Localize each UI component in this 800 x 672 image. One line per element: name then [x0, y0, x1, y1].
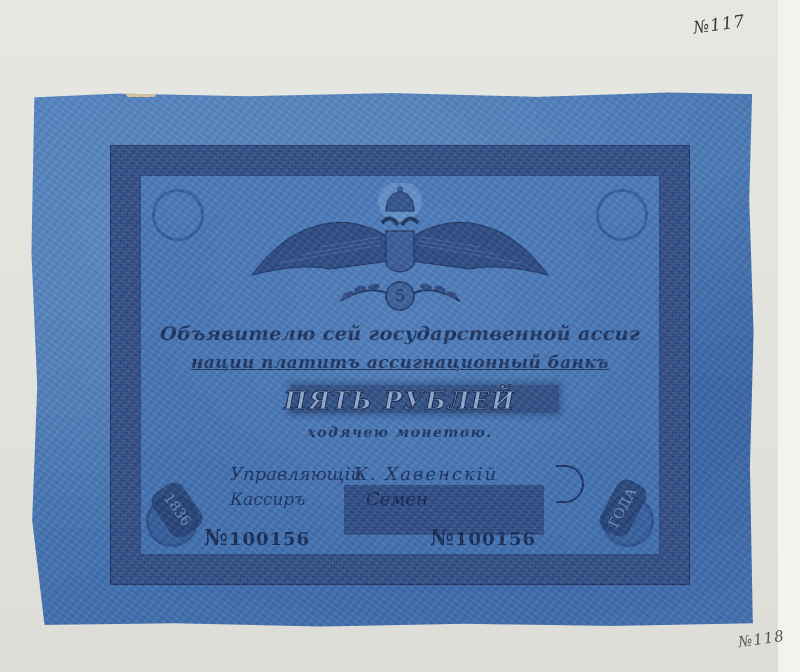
background-edge	[778, 0, 800, 672]
paper-stain	[126, 91, 156, 97]
printed-frame: 5 Объявителю сей государственной ассиг н…	[110, 145, 690, 585]
archive-label-top: №117	[692, 11, 747, 38]
text-line-1: Объявителю сей государственной ассиг	[135, 323, 665, 345]
serial-number-right: №100156	[430, 525, 536, 551]
text-line-2: нации платитъ ассигнационный банкъ	[140, 353, 660, 373]
serial-value: 100156	[455, 529, 536, 550]
denomination-medallion-numeral: 5	[140, 286, 660, 305]
cashier-signature: Семен	[366, 489, 428, 510]
manager-signature: К. Хавенскій	[354, 464, 498, 485]
amount-text: ПЯТЬ РУБЛЕЙ	[140, 386, 660, 415]
text-line-3: ходячею монетою.	[140, 425, 660, 441]
manager-label: Управляющій	[230, 464, 362, 485]
serial-number-left: №100156	[204, 525, 310, 551]
cashier-label: Кассиръ	[230, 490, 306, 510]
serial-value: 100156	[229, 529, 310, 550]
serial-prefix: №	[430, 525, 455, 551]
banknote: 5 Объявителю сей государственной ассиг н…	[30, 92, 755, 627]
serial-prefix: №	[204, 525, 229, 551]
flourish-icon	[556, 465, 584, 503]
frame-inner-field: 5 Объявителю сей государственной ассиг н…	[140, 175, 660, 555]
double-headed-eagle-emblem: 5	[140, 183, 660, 323]
